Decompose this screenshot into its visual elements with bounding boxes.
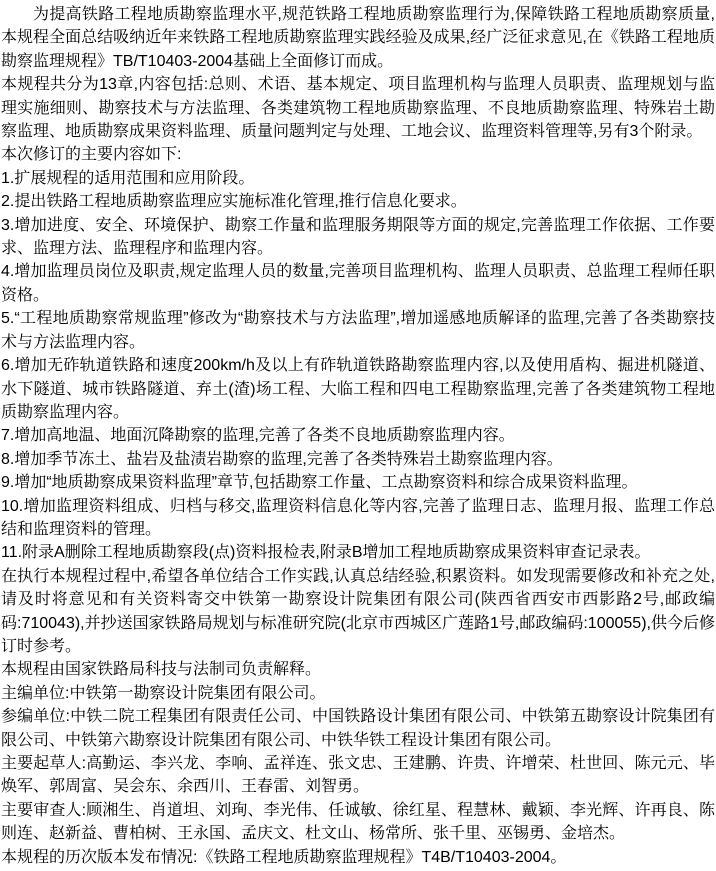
paragraph-revision-item-10: 10.增加监理资料组成、归档与移交,监理资料信息化等内容,完善了监理日志、监理月… — [1, 495, 715, 542]
paragraph-chapters-overview: 本规程共分为13章,内容包括:总则、术语、基本规定、项目监理机构与监理人员职责、… — [1, 73, 715, 143]
paragraph-main-drafters: 主要起草人:高勤运、李兴龙、李响、孟祥连、张文忠、王建鹏、许贵、许增荣、杜世回、… — [1, 752, 715, 799]
paragraph-revision-item-4: 4.增加监理员岗位及职责,规定监理人员的数量,完善项目监理机构、监理人员职责、总… — [1, 260, 715, 307]
paragraph-revision-item-8: 8.增加季节冻土、盐岩及盐渍岩勘察的监理,完善了各类特殊岩土勘察监理内容。 — [1, 448, 715, 471]
document-page: 为提高铁路工程地质勘察监理水平,规范铁路工程地质勘察监理行为,保障铁路工程地质勘… — [0, 0, 716, 871]
paragraph-revision-item-2: 2.提出铁路工程地质勘察监理应实施标准化管理,推行信息化要求。 — [1, 190, 715, 213]
paragraph-revision-item-3: 3.增加进度、安全、环境保护、勘察工作量和监理服务期限等方面的规定,完善监理工作… — [1, 214, 715, 261]
paragraph-revision-item-11: 11.附录A删除工程地质勘察段(点)资料报检表,附录B增加工程地质勘察成果资料审… — [1, 541, 715, 564]
paragraph-revision-item-6: 6.增加无砟轨道铁路和速度200km/h及以上有砟轨道铁路勘察监理内容,以及使用… — [1, 354, 715, 424]
paragraph-revision-item-7: 7.增加高地温、地面沉降勘察的监理,完善了各类不良地质勘察监理内容。 — [1, 424, 715, 447]
paragraph-main-reviewers: 主要审查人:顾湘生、肖道坦、刘珣、李光伟、任诚敏、徐红星、程慧林、戴颖、李光辉、… — [1, 799, 715, 846]
paragraph-revision-item-1: 1.扩展规程的适用范围和应用阶段。 — [1, 167, 715, 190]
paragraph-interpretation-authority: 本规程由国家铁路局科技与法制司负责解释。 — [1, 658, 715, 681]
paragraph-intro: 为提高铁路工程地质勘察监理水平,规范铁路工程地质勘察监理行为,保障铁路工程地质勘… — [1, 3, 715, 73]
paragraph-feedback-address: 在执行本规程过程中,希望各单位结合工作实践,认真总结经验,积累资料。如发现需要修… — [1, 565, 715, 659]
paragraph-revision-heading: 本次修订的主要内容如下: — [1, 143, 715, 166]
paragraph-revision-item-5: 5.“工程地质勘察常规监理”修改为“勘察技术与方法监理”,增加遥感地质解译的监理… — [1, 307, 715, 354]
paragraph-co-editor-units: 参编单位:中铁二院工程集团有限责任公司、中国铁路设计集团有限公司、中铁第五勘察设… — [1, 705, 715, 752]
paragraph-previous-versions: 本规程的历次版本发布情况:《铁路工程地质勘察监理规程》T4B/T10403-20… — [1, 846, 715, 869]
paragraph-revision-item-9: 9.增加“地质勘察成果资料监理”章节,包括勘察工作量、工点勘察资料和综合成果资料… — [1, 471, 715, 494]
paragraph-chief-editor-unit: 主编单位:中铁第一勘察设计院集团有限公司。 — [1, 682, 715, 705]
